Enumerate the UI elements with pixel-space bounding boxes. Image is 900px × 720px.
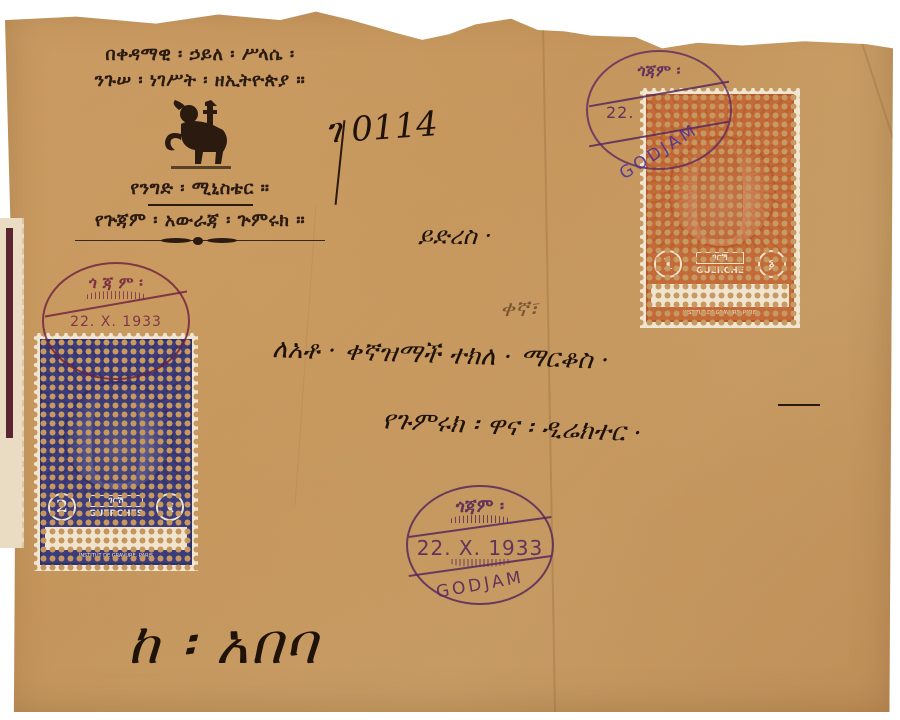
postmark-top-text: ጎጃም ፡ <box>588 61 730 81</box>
stamp-value-right: ፪ <box>156 493 184 521</box>
banner-text-right: ETHIOPIE <box>115 530 175 543</box>
stamp-value-left: 1 <box>654 250 682 278</box>
stamp-amharic-value: ገርሽ <box>696 252 744 264</box>
edge-stamp-color-band <box>6 228 13 438</box>
paper-tear <box>856 29 895 144</box>
postmark-center: ጎጃም ፡ 22. X. 1933 GODJAM <box>406 485 554 605</box>
ornamental-rule <box>75 237 325 245</box>
stamp-amharic-value: ገርሽ <box>89 495 144 507</box>
banner-text-mid: d' <box>710 290 719 299</box>
stamp-value-right: ፩ <box>758 250 786 278</box>
postmark-hatch <box>451 515 509 523</box>
emperor-bust <box>697 145 743 239</box>
lion-of-judah-icon <box>161 100 239 172</box>
letterhead: በቀዳማዊ ፡ ኃይለ ፡ ሥላሴ ፡ ንጉሠ ፡ ነገሥት ፡ ዘኢትዮጵያ … <box>40 42 360 245</box>
banner-text-mid: d' <box>106 533 115 542</box>
emperor-bust <box>92 390 139 483</box>
faint-handwritten-note: ቀኛ፣ <box>500 297 538 322</box>
postmark-date: 22. X. 1933 <box>44 314 188 330</box>
banner-text-left: EMPIRE <box>58 530 106 543</box>
stamp-country-banner: EMPIREd'ETHIOPIE <box>651 284 789 306</box>
banner-text-left: EMPIRE <box>662 287 710 300</box>
postmark-left: ጎ ጃ ም ፡ 22. X. 1933 <box>42 262 190 380</box>
handwritten-dash <box>778 404 820 406</box>
addressee-title: ይድረስ · <box>418 222 492 250</box>
letterhead-line-1: በቀዳማዊ ፡ ኃይለ ፡ ሥላሴ ፡ <box>40 42 360 68</box>
sender-line: ከ ፡ አበባ <box>128 612 319 678</box>
postmark-top-text: ጎ ጃ ም ፡ <box>44 273 188 293</box>
banner-text-right: ETHIOPIE <box>719 287 779 300</box>
stamp-currency: GUERCHES <box>89 509 144 519</box>
handwritten-reference-number: ገ 0114 <box>324 104 439 152</box>
stamp-currency: GUERCHE <box>696 266 744 276</box>
partial-edge-stamp <box>0 218 24 548</box>
stamp-imprint: INSTITUT DE GRAVURE. PARIS <box>648 309 792 320</box>
stamp-imprint: INSTITUT DE GRAVURE. PARIS <box>42 552 190 563</box>
letterhead-line-4: የጕጃም ፡ አውራጃ ፡ ጕምሩክ ። <box>40 208 360 234</box>
postmark-hatch <box>87 291 145 299</box>
postmark-date: 22. X. 1933 <box>408 536 552 560</box>
postmark-right: ጎጃም ፡ 22. GODJAM <box>586 50 732 170</box>
letterhead-underline <box>148 204 253 206</box>
letterhead-line-3: የንግድ ፡ ሚኒስቴር ። <box>40 176 360 202</box>
letterhead-line-2: ንጉሠ ፡ ነገሥት ፡ ዘኢትዮጵያ ። <box>40 68 360 94</box>
stamp-country-banner: EMPIREd'ETHIOPIE <box>45 527 187 549</box>
stamp-value-left: 2 <box>48 493 76 521</box>
